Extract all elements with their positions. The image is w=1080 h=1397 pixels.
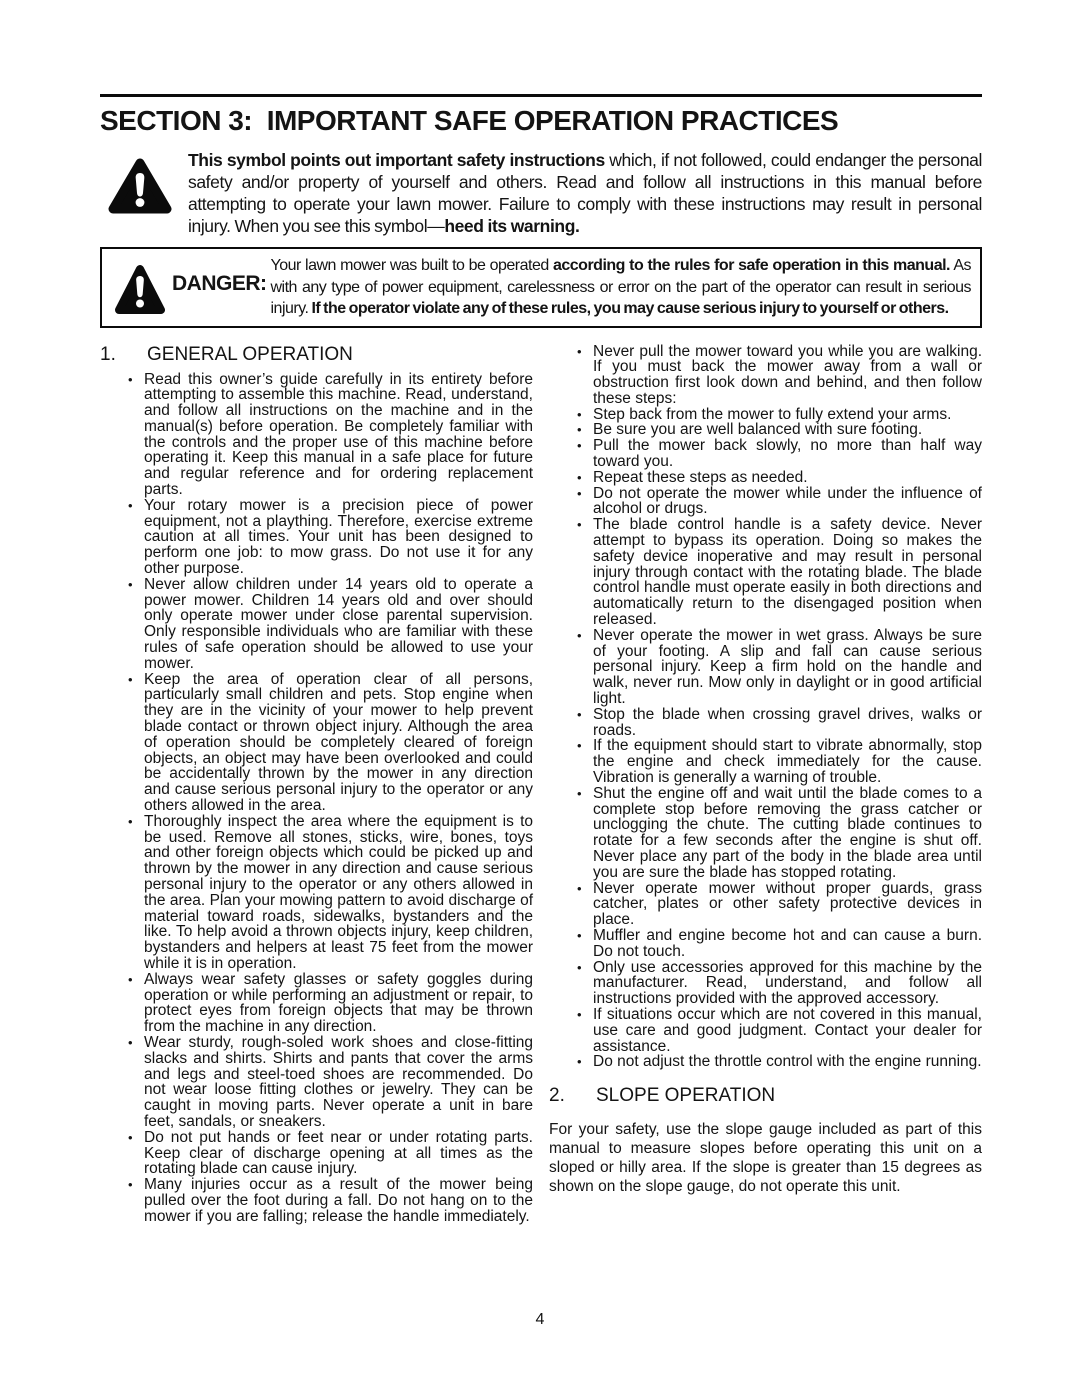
bullet-marker: • bbox=[577, 422, 582, 438]
slope-operation-paragraph: For your safety, use the slope gauge inc… bbox=[549, 1120, 982, 1196]
page-content: SECTION 3: IMPORTANT SAFE OPERATION PRAC… bbox=[100, 94, 982, 1225]
left-column: 1. GENERAL OPERATION • Read this owner’s… bbox=[100, 344, 533, 1225]
list-item: • Do not put hands or feet near or under… bbox=[100, 1130, 533, 1177]
list-item-text: Never pull the mower toward you while yo… bbox=[593, 343, 982, 407]
bullet-marker: • bbox=[577, 438, 582, 454]
bullet-marker: • bbox=[128, 498, 133, 514]
two-column-body: 1. GENERAL OPERATION • Read this owner’s… bbox=[100, 344, 982, 1225]
safety-symbol-note: This symbol points out important safety … bbox=[108, 149, 982, 237]
general-operation-list-right: • Never pull the mower toward you while … bbox=[549, 344, 982, 1071]
danger-text: Your lawn mower was built to be operated… bbox=[271, 255, 972, 320]
list-item: • Keep the area of operation clear of al… bbox=[100, 672, 533, 814]
page-title: SECTION 3: IMPORTANT SAFE OPERATION PRAC… bbox=[100, 105, 982, 137]
list-item: • Read this owner’s guide carefully in i… bbox=[100, 372, 533, 498]
list-item: • Never operate mower without proper gua… bbox=[549, 881, 982, 928]
list-item: • Thoroughly inspect the area where the … bbox=[100, 814, 533, 972]
list-item: • Always wear safety glasses or safety g… bbox=[100, 972, 533, 1035]
danger-text-1: Your lawn mower was built to be operated bbox=[271, 257, 553, 274]
list-item-text: Only use accessories approved for this m… bbox=[593, 959, 982, 1008]
bullet-marker: • bbox=[128, 1130, 133, 1146]
bullet-marker: • bbox=[128, 814, 133, 830]
list-item-text: Wear sturdy, rough-soled work shoes and … bbox=[144, 1034, 533, 1130]
list-item-text: If the equipment should start to vibrate… bbox=[593, 737, 982, 786]
bullet-marker: • bbox=[577, 517, 582, 533]
danger-bold-1: according to the rules for safe operatio… bbox=[553, 257, 950, 274]
list-item-text: The blade control handle is a safety dev… bbox=[593, 516, 982, 628]
list-item-text: Stop the blade when crossing gravel driv… bbox=[593, 706, 982, 739]
list-item: • Be sure you are well balanced with sur… bbox=[549, 422, 982, 438]
section-number: 2. bbox=[549, 1085, 596, 1107]
list-item-text: Read this owner’s guide carefully in its… bbox=[144, 371, 533, 499]
list-item: • Do not operate the mower while under t… bbox=[549, 486, 982, 518]
safety-symbol-text: This symbol points out important safety … bbox=[188, 149, 982, 237]
bullet-marker: • bbox=[128, 1035, 133, 1051]
list-item: • Repeat these steps as needed. bbox=[549, 470, 982, 486]
list-item-text: Shut the engine off and wait until the b… bbox=[593, 785, 982, 881]
warning-triangle-icon bbox=[108, 156, 172, 237]
list-item-text: Thoroughly inspect the area where the eq… bbox=[144, 813, 533, 972]
list-item-text: Your rotary mower is a precision piece o… bbox=[144, 497, 533, 577]
list-item-text: Be sure you are well balanced with sure … bbox=[593, 421, 922, 438]
list-item: • Wear sturdy, rough-soled work shoes an… bbox=[100, 1035, 533, 1130]
list-item: • Your rotary mower is a precision piece… bbox=[100, 498, 533, 577]
list-item-text: Repeat these steps as needed. bbox=[593, 469, 808, 486]
list-item: • Pull the mower back slowly, no more th… bbox=[549, 438, 982, 470]
bullet-marker: • bbox=[577, 786, 582, 802]
bullet-marker: • bbox=[577, 1054, 582, 1070]
safety-symbol-text-bold-tail: heed its warning. bbox=[444, 216, 579, 236]
list-item: • Never operate the mower in wet grass. … bbox=[549, 628, 982, 707]
list-item: • Step back from the mower to fully exte… bbox=[549, 407, 982, 423]
list-item: • Never allow children under 14 years ol… bbox=[100, 577, 533, 672]
warning-triangle-icon bbox=[114, 262, 166, 320]
bullet-marker: • bbox=[128, 372, 133, 388]
heading-general-operation: 1. GENERAL OPERATION bbox=[100, 344, 533, 366]
page-number: 4 bbox=[0, 1311, 1080, 1329]
list-item-text: If situations occur which are not covere… bbox=[593, 1006, 982, 1055]
heading-slope-operation: 2. SLOPE OPERATION bbox=[549, 1085, 982, 1107]
bullet-marker: • bbox=[577, 881, 582, 897]
list-item-text: Step back from the mower to fully extend… bbox=[593, 406, 951, 423]
list-item-text: Muffler and engine become hot and can ca… bbox=[593, 927, 982, 960]
list-item-text: Pull the mower back slowly, no more than… bbox=[593, 437, 982, 470]
danger-label: DANGER: bbox=[172, 272, 267, 320]
section-heading-text: SLOPE OPERATION bbox=[596, 1085, 775, 1107]
danger-box: DANGER: Your lawn mower was built to be … bbox=[100, 247, 982, 328]
bullet-marker: • bbox=[577, 407, 582, 423]
bullet-marker: • bbox=[577, 628, 582, 644]
list-item-text: Do not adjust the throttle control with … bbox=[593, 1053, 982, 1070]
list-item: • Stop the blade when crossing gravel dr… bbox=[549, 707, 982, 739]
safety-symbol-text-bold-lead: This symbol points out important safety … bbox=[188, 150, 605, 170]
bullet-marker: • bbox=[577, 960, 582, 976]
list-item: • The blade control handle is a safety d… bbox=[549, 517, 982, 628]
right-column: • Never pull the mower toward you while … bbox=[549, 344, 982, 1225]
bullet-marker: • bbox=[577, 486, 582, 502]
bullet-marker: • bbox=[577, 738, 582, 754]
top-rule bbox=[100, 94, 982, 97]
bullet-marker: • bbox=[128, 972, 133, 988]
bullet-marker: • bbox=[128, 672, 133, 688]
list-item-text: Do not operate the mower while under the… bbox=[593, 485, 982, 518]
list-item-text: Keep the area of operation clear of all … bbox=[144, 671, 533, 814]
bullet-marker: • bbox=[577, 344, 582, 360]
list-item: • Muffler and engine become hot and can … bbox=[549, 928, 982, 960]
bullet-marker: • bbox=[577, 707, 582, 723]
bullet-marker: • bbox=[128, 1177, 133, 1193]
section-heading-text: GENERAL OPERATION bbox=[147, 344, 353, 366]
list-item: • If situations occur which are not cove… bbox=[549, 1007, 982, 1054]
list-item-text: Many injuries occur as a result of the m… bbox=[144, 1176, 533, 1225]
list-item: • Never pull the mower toward you while … bbox=[549, 344, 982, 407]
list-item-text: Never operate mower without proper guard… bbox=[593, 880, 982, 929]
list-item-text: Never operate the mower in wet grass. Al… bbox=[593, 627, 982, 707]
list-item: • Many injuries occur as a result of the… bbox=[100, 1177, 533, 1224]
list-item-text: Never allow children under 14 years old … bbox=[144, 576, 533, 672]
list-item: • Do not adjust the throttle control wit… bbox=[549, 1054, 982, 1070]
list-item: • If the equipment should start to vibra… bbox=[549, 738, 982, 785]
list-item-text: Always wear safety glasses or safety gog… bbox=[144, 971, 533, 1035]
danger-bold-2: If the operator violate any of these rul… bbox=[311, 300, 948, 317]
general-operation-list-left: • Read this owner’s guide carefully in i… bbox=[100, 372, 533, 1225]
bullet-marker: • bbox=[577, 470, 582, 486]
list-item-text: Do not put hands or feet near or under r… bbox=[144, 1129, 533, 1178]
list-item: • Shut the engine off and wait until the… bbox=[549, 786, 982, 881]
bullet-marker: • bbox=[128, 577, 133, 593]
list-item: • Only use accessories approved for this… bbox=[549, 960, 982, 1007]
bullet-marker: • bbox=[577, 928, 582, 944]
bullet-marker: • bbox=[577, 1007, 582, 1023]
section-number: 1. bbox=[100, 344, 147, 366]
